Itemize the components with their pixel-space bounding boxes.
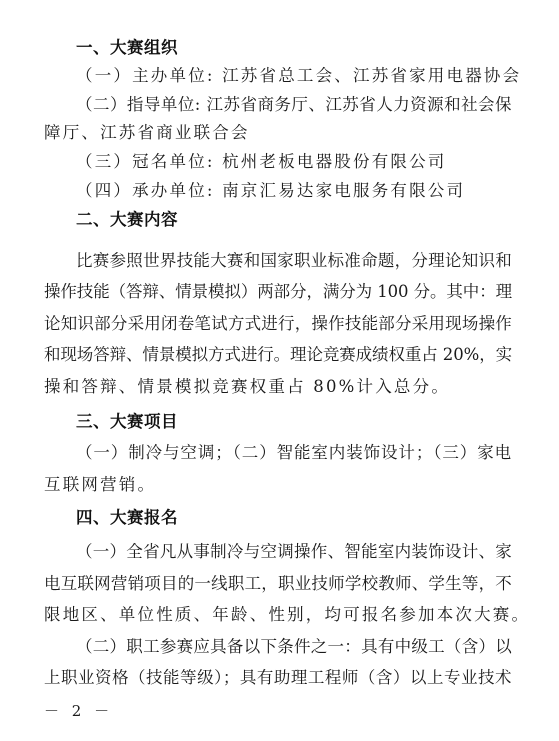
section-heading-organization: 一、大赛组织 — [76, 38, 178, 58]
paragraph-line: （一）制冷与空调；（二）智能室内装饰设计；（三）家电 — [76, 443, 512, 463]
paragraph-line: （三）冠名单位: 杭州老板电器股份有限公司 — [76, 152, 447, 172]
paragraph-line: 论知识部分采用闭卷笔试方式进行，操作技能部分采用现场操作 — [44, 314, 512, 334]
paragraph-line: 操和答辩、情景模拟竞赛权重占 80%计入总分。 — [44, 377, 450, 397]
paragraph-line: （二）指导单位: 江苏省商务厅、江苏省人力资源和社会保 — [76, 95, 512, 115]
document-page: 一、大赛组织 （一）主办单位: 江苏省总工会、江苏省家用电器协会 （二）指导单位… — [0, 0, 559, 741]
paragraph-line: 操作技能（答辩、情景模拟）两部分，满分为 100 分。其中：理 — [44, 282, 512, 302]
paragraph-line: 和现场答辩、情景模拟方式进行。理论竞赛成绩权重占 20%，实 — [44, 345, 512, 365]
paragraph-line: 互联网营销。 — [44, 475, 156, 495]
paragraph-line: 限地区、单位性质、年龄、性别，均可报名参加本次大赛。 — [44, 605, 530, 625]
paragraph-line: 比赛参照世界技能大赛和国家职业标准命题，分理论知识和 — [76, 251, 512, 271]
paragraph-line: （一）全省凡从事制冷与空调操作、智能室内装饰设计、家 — [76, 542, 512, 562]
paragraph-line: （四）承办单位: 南京汇易达家电服务有限公司 — [76, 181, 465, 201]
paragraph-line: 障厅、江苏省商业联合会 — [44, 123, 250, 143]
paragraph-line: 上职业资格（技能等级）；具有助理工程师（含）以上专业技术 — [44, 668, 512, 688]
section-heading-projects: 三、大赛项目 — [76, 412, 178, 432]
section-heading-registration: 四、大赛报名 — [76, 508, 178, 528]
section-heading-content: 二、大赛内容 — [76, 210, 178, 230]
paragraph-line: 电互联网营销项目的一线职工，职业技师学校教师、学生等，不 — [44, 574, 512, 594]
paragraph-line: （一）主办单位: 江苏省总工会、江苏省家用电器协会 — [76, 66, 521, 86]
paragraph-line: （二）职工参赛应具备以下条件之一：具有中级工（含）以 — [76, 637, 512, 657]
page-number: － 2 － — [44, 700, 113, 721]
